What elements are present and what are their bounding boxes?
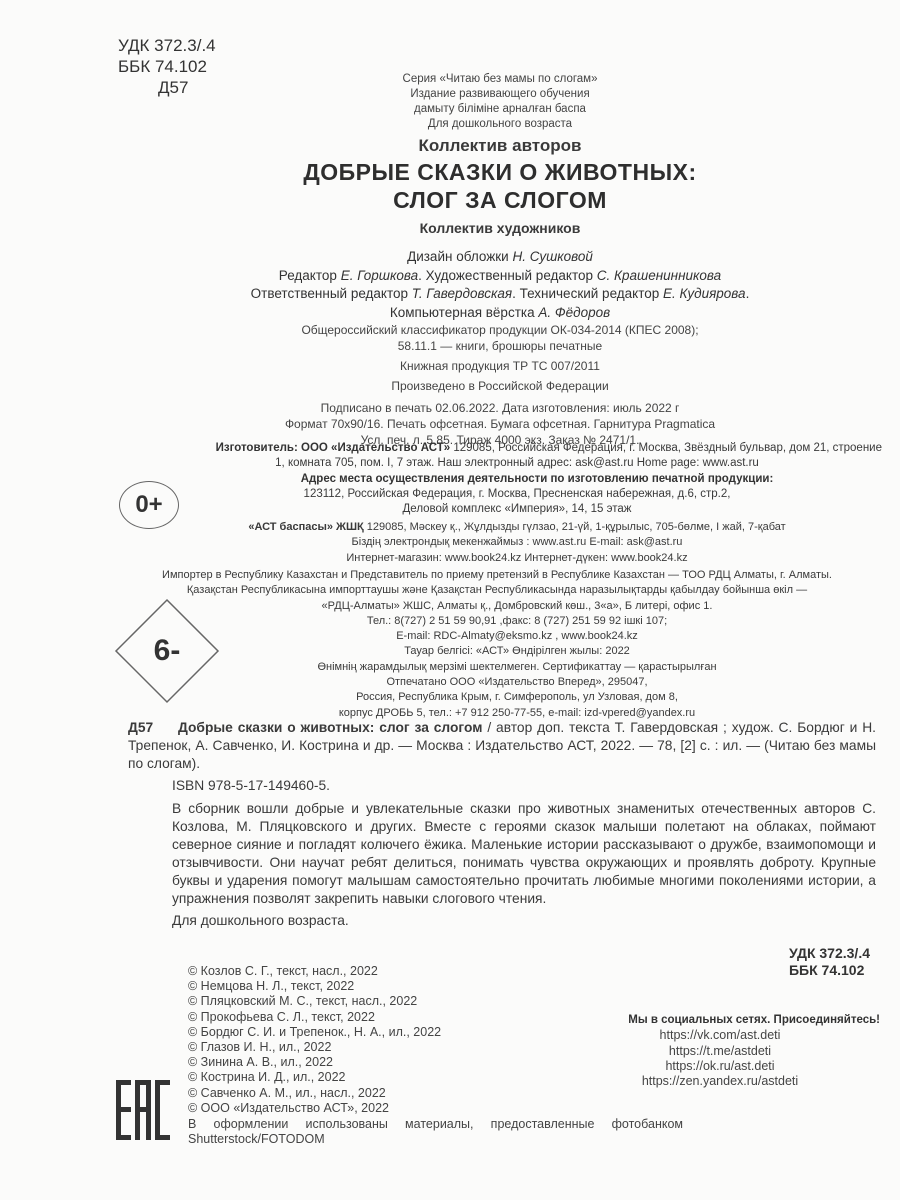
kazakh-publisher-block: «АСТ баспасы» ЖШҚ 129085, Мәскеу қ., Жұл… (112, 520, 882, 566)
bottom-codes: УДК 372.3/.4 ББК 74.102 (789, 945, 870, 979)
authors-heading: Коллектив авторов (200, 136, 800, 156)
importer-line: Қазақстан Республикасына импорттаушы жән… (112, 583, 882, 598)
age-rating-label: 6- (112, 596, 222, 706)
eac-mark-icon (116, 1080, 170, 1140)
classif-line: Подписано в печать 02.06.2022. Дата изго… (200, 400, 800, 416)
classif-line: Общероссийский классификатор продукции О… (200, 322, 800, 338)
kz-line: «АСТ баспасы» ЖШҚ 129085, Мәскеу қ., Жұл… (112, 520, 882, 535)
production-label: Адрес места осуществления деятельности п… (301, 473, 774, 485)
classif-line: 58.11.1 — книги, брошюры печатные (200, 338, 800, 354)
title-line-2: СЛОГ ЗА СЛОГОМ (180, 186, 820, 214)
catalog-code: Д57 (128, 719, 178, 737)
credit-line: Ответственный редактор Т. Гавердовская. … (180, 285, 820, 304)
credits: Дизайн обложки Н. Сушковой Редактор Е. Г… (180, 248, 820, 322)
importer-line: Россия, Республика Крым, г. Симферополь,… (112, 690, 882, 705)
author-mark: Д57 (118, 77, 216, 98)
importer-block: Импортер в Республику Казахстан и Предст… (112, 568, 882, 721)
copyright-item: © Пляцковский М. С., текст, насл., 2022 (188, 994, 441, 1009)
series-line: Издание развивающего обучения (300, 87, 700, 102)
classif-line: Произведено в Российской Федерации (200, 378, 800, 394)
copyright-item: © Савченко А. М., ил., насл., 2022 (188, 1086, 441, 1101)
manufacturer-block: Изготовитель: ООО «Издательство АСТ» 129… (112, 441, 882, 517)
header-codes: УДК 372.3/.4 ББК 74.102 Д57 (118, 35, 216, 98)
copyright-item: © Кострина И. Д., ил., 2022 (188, 1070, 441, 1085)
manufacturer-line: Изготовитель: ООО «Издательство АСТ» 129… (112, 441, 882, 456)
copyright-item: © Немцова Н. Л., текст, 2022 (188, 979, 441, 994)
age-rating-6-minus: 6- (112, 596, 222, 706)
isbn: ISBN 978-5-17-149460-5. (128, 777, 876, 795)
copyright-item: © ООО «Издательство АСТ», 2022 (188, 1101, 441, 1116)
series-line: Для дошкольного возраста (300, 117, 700, 132)
importer-line: Өнімнің жарамдылық мерзімі шектелмеген. … (112, 660, 882, 675)
artists-heading: Коллектив художников (200, 220, 800, 236)
kz-line: Интернет-магазин: www.book24.kz Интернет… (112, 551, 882, 566)
credit-line: Дизайн обложки Н. Сушковой (180, 248, 820, 267)
copyright-item: © Козлов С. Г., текст, насл., 2022 (188, 964, 441, 979)
title-line-1: ДОБРЫЕ СКАЗКИ О ЖИВОТНЫХ: (180, 158, 820, 186)
social-link[interactable]: https://zen.yandex.ru/astdeti (560, 1074, 880, 1089)
importer-line: Отпечатано ООО «Издательство Вперед», 29… (112, 675, 882, 690)
classif-line: Формат 70х90/16. Печать офсетная. Бумага… (200, 416, 800, 432)
catalog-card: Д57Добрые сказки о животных: слог за сло… (128, 719, 876, 930)
importer-line: Тауар белгісі: «АСТ» Өндірілген жылы: 20… (112, 644, 882, 659)
bbk-code: ББК 74.102 (118, 56, 216, 77)
copyright-list: © Козлов С. Г., текст, насл., 2022 © Нем… (188, 964, 441, 1116)
social-link[interactable]: https://vk.com/ast.deti (560, 1028, 880, 1043)
importer-line: Тел.: 8(727) 2 51 59 90,91 ,факс: 8 (727… (112, 614, 882, 629)
importer-line: E-mail: RDC-Almaty@eksmo.kz , www.book24… (112, 629, 882, 644)
social-link[interactable]: https://ok.ru/ast.deti (560, 1059, 880, 1074)
classif-line: Книжная продукция ТР ТС 007/2011 (200, 358, 800, 374)
bbk-code: ББК 74.102 (789, 962, 870, 979)
kz-line: Біздің электрондық мекенжаймыз : www.ast… (112, 535, 882, 550)
classification: Общероссийский классификатор продукции О… (200, 322, 800, 452)
importer-line: «РДЦ-Алматы» ЖШС, Алматы қ., Домбровский… (112, 599, 882, 614)
book-title: ДОБРЫЕ СКАЗКИ О ЖИВОТНЫХ: СЛОГ ЗА СЛОГОМ (180, 158, 820, 214)
credit-line: Редактор Е. Горшкова. Художественный ред… (180, 267, 820, 286)
catalog-title: Добрые сказки о животных: слог за слогом (178, 720, 482, 735)
social-link[interactable]: https://t.me/astdeti (560, 1044, 880, 1059)
photobank-note: В оформлении использованы материалы, пре… (188, 1117, 683, 1147)
production-address: Деловой комплекс «Империя», 14, 15 этаж (112, 502, 882, 517)
credit-line: Компьютерная вёрстка А. Фёдоров (180, 304, 820, 323)
series-line: дамыту біліміне арналған баспа (300, 102, 700, 117)
social-block: Мы в социальных сетях. Присоединяйтесь! … (560, 1013, 880, 1089)
production-address: 123112, Российская Федерация, г. Москва,… (112, 487, 882, 502)
series-info: Серия «Читаю без мамы по слогам» Издание… (300, 72, 700, 132)
importer-line: Импортер в Республику Казахстан и Предст… (112, 568, 882, 583)
copyright-item: © Зинина А. В., ил., 2022 (188, 1055, 441, 1070)
udk-code: УДК 372.3/.4 (118, 35, 216, 56)
copyright-item: © Бордюг С. И. и Трепенок., Н. А., ил., … (188, 1025, 441, 1040)
series-line: Серия «Читаю без мамы по слогам» (300, 72, 700, 87)
udk-code: УДК 372.3/.4 (789, 945, 870, 962)
manufacturer-line: 1, комната 705, пом. I, 7 этаж. Наш элек… (112, 456, 882, 471)
annotation: В сборник вошли добрые и увлекательные с… (128, 800, 876, 908)
copyright-item: © Глазов И. Н., ил., 2022 (188, 1040, 441, 1055)
copyright-item: © Прокофьева С. Л., текст, 2022 (188, 1010, 441, 1025)
social-heading: Мы в социальных сетях. Присоединяйтесь! (560, 1013, 880, 1028)
age-note: Для дошкольного возраста. (128, 912, 876, 930)
